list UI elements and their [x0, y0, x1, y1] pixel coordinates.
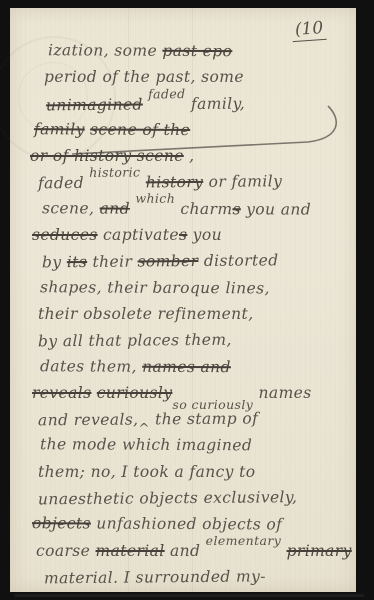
text-run: their obsolete refinement, — [38, 305, 254, 323]
text-run: shapes, their baroque lines, — [40, 278, 270, 297]
text-run: , — [184, 147, 195, 165]
deleted-text: primary — [287, 542, 352, 560]
manuscript-line: reveals curiouslyso curiously names — [32, 380, 350, 406]
text-run: dates them, — [40, 357, 142, 376]
manuscript-line: coarse material and elementary primary — [36, 538, 350, 564]
text-run: names — [253, 384, 311, 402]
deleted-text: names and — [142, 357, 231, 375]
text-run: by all that places them, — [38, 331, 232, 351]
deleted-text: unimagined — [46, 95, 143, 114]
text-run: charm — [175, 200, 232, 218]
manuscript-line: dates them, names and — [40, 353, 350, 381]
deleted-text: history — [146, 173, 204, 192]
deleted-text: seduces — [32, 226, 98, 244]
deleted-text: material — [96, 542, 165, 560]
manuscript-line: their obsolete refinement, — [38, 301, 350, 327]
text-run: you and — [241, 200, 311, 218]
manuscript-line: and reveals,^ the stamp of — [38, 405, 350, 434]
manuscript-line: material. I surrounded my- — [44, 563, 350, 592]
deleted-text: s — [232, 200, 240, 218]
manuscript-line: by its their somber distorted — [42, 247, 350, 276]
text-run: coarse — [36, 542, 96, 560]
text-run: or family — [203, 173, 282, 192]
manuscript-line: ization, some past epo — [48, 37, 350, 65]
text-run: family, — [186, 94, 245, 113]
text-run: material. I surrounded my- — [44, 567, 266, 587]
manuscript-line: by all that places them, — [38, 326, 350, 355]
text-run: faded — [38, 174, 89, 192]
deleted-text: somber — [137, 252, 198, 271]
manuscript-line: family scene of the — [34, 116, 350, 144]
deleted-text: curiously — [97, 384, 173, 402]
manuscript-page: (10 ization, some past epoperiod of the … — [10, 8, 356, 592]
text-run: unaesthetic objects exclusively, — [38, 488, 297, 508]
deleted-text: its — [67, 253, 88, 271]
deleted-text: objects — [32, 515, 91, 533]
manuscript-body: ization, some past epoperiod of the past… — [36, 38, 350, 588]
text-run: the stamp of — [150, 410, 259, 429]
text-run: distorted — [198, 252, 278, 271]
text-run: unfashioned objects of — [91, 515, 282, 534]
manuscript-line: the mode which imagined — [40, 432, 350, 460]
text-run: by — [42, 254, 67, 272]
manuscript-line: seduces captivates you — [32, 222, 350, 248]
text-run: the mode which imagined — [40, 436, 252, 455]
deleted-text: family — [34, 120, 85, 138]
backdrop-reflection — [14, 594, 364, 597]
deleted-text: or of history scene — [30, 147, 184, 165]
deleted-text: past epo — [162, 42, 232, 60]
text-run: and reveals, — [38, 411, 139, 430]
text-run: period of the past, some — [44, 68, 244, 86]
manuscript-line: or of history scene , — [30, 143, 350, 169]
manuscript-line: scene, and which charms you and — [42, 195, 350, 223]
manuscript-line: them; no, I took a fancy to — [38, 459, 350, 485]
deleted-text: scene of the — [90, 120, 190, 139]
text-run: scene, — [42, 199, 100, 217]
deleted-text: reveals — [32, 384, 91, 402]
text-run: ization, some — [48, 41, 162, 60]
deleted-text: and — [100, 199, 130, 217]
photo-backdrop: (10 ization, some past epoperiod of the … — [0, 0, 374, 600]
text-run: you — [187, 226, 222, 244]
manuscript-line: unaesthetic objects exclusively, — [38, 484, 350, 513]
text-run: their — [87, 253, 138, 271]
text-run: and — [165, 542, 206, 560]
manuscript-line: period of the past, some — [44, 64, 350, 90]
manuscript-line: objects unfashioned objects of — [32, 511, 350, 539]
manuscript-line: unimagined faded family, — [46, 89, 350, 118]
text-run: them; no, I took a fancy to — [38, 463, 256, 481]
manuscript-line: shapes, their baroque lines, — [40, 274, 350, 302]
text-run: captivate — [98, 226, 179, 244]
manuscript-line: faded historic history or family — [38, 168, 350, 197]
